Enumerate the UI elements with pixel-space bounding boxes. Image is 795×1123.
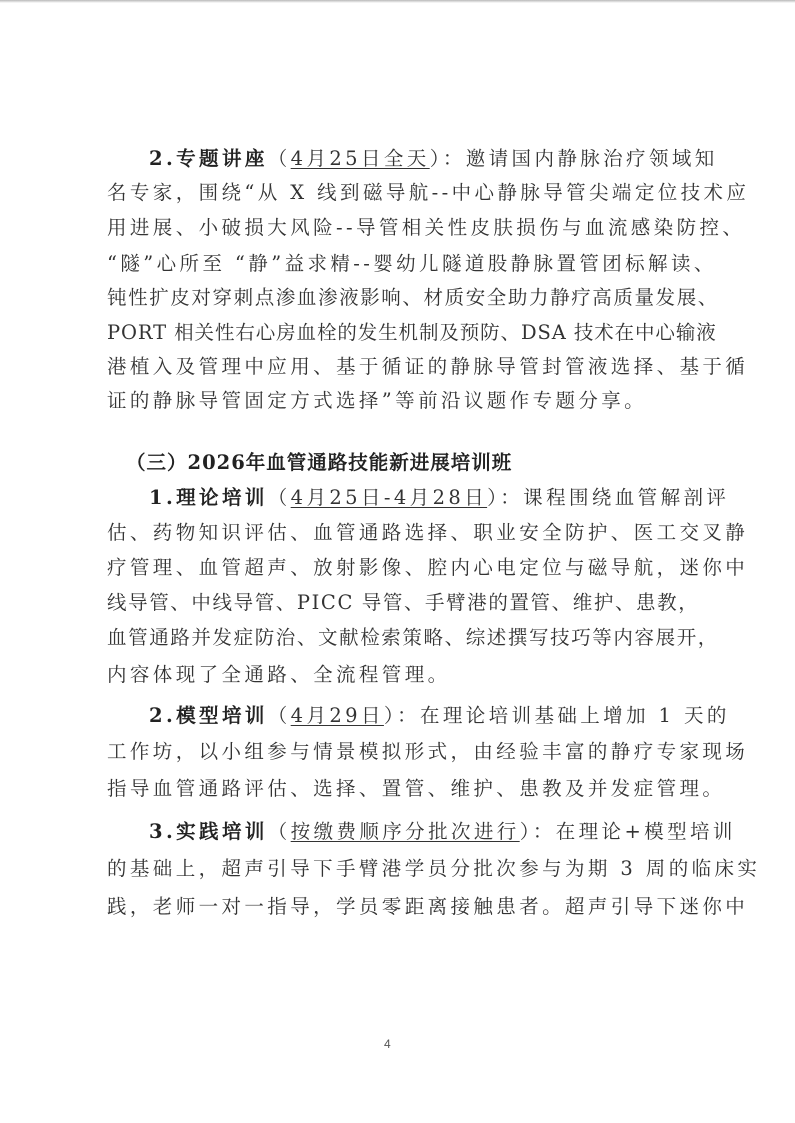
theory-line-2: 估、药物知识评估、血管通路选择、职业安全防护、医工交叉静: [107, 520, 699, 546]
theory-line-5: 血管通路并发症防治、文献检索策略、综述撰写技巧等内容展开，: [107, 625, 699, 651]
theory-line-6: 内容体现了全通路、全流程管理。: [107, 662, 699, 688]
practice-line1-rest: ：在理论+模型培训: [533, 820, 736, 843]
lecture-line-5: 钝性扩皮对穿刺点渗血渗液影响、材质安全助力静疗高质量发展、: [107, 285, 699, 311]
lecture-line-4: “隧”心所至 “静”益求精--婴幼儿隧道股静脉置管团标解读、: [107, 251, 699, 277]
lecture-label: 2.专题讲座: [149, 147, 268, 170]
practice-line-2: 的基础上，超声引导下手臂港学员分批次参与为期 3 周的临床实: [107, 856, 699, 882]
model-line1-rest: ：在理论培训基础上增加 1 天的: [397, 704, 730, 727]
theory-label: 1.理论培训: [149, 486, 268, 509]
model-line-3: 指导血管通路评估、选择、置管、维护、患教及并发症管理。: [107, 776, 699, 802]
scan-top-edge: [0, 0, 795, 3]
practice-line-3: 践，老师一对一指导，学员零距离接触患者。超声引导下迷你中: [107, 894, 699, 920]
practice-date: 按缴费顺序分批次进行: [291, 820, 520, 843]
theory-date: 4月25日-4月28日: [291, 486, 487, 509]
theory-line1-rest: ：课程围绕血管解剖评: [500, 486, 729, 509]
model-label: 2.模型培训: [149, 704, 268, 727]
lecture-line-6: PORT 相关性右心房血栓的发生机制及预防、DSA 技术在中心输液: [107, 320, 699, 346]
page-number: 4: [384, 1037, 391, 1051]
lecture-line-7: 港植入及管理中应用、基于循证的静脉导管封管液选择、基于循: [107, 354, 699, 380]
theory-line-1: 1.理论培训（4月25日-4月28日）：课程围绕血管解剖评: [149, 485, 699, 511]
model-line-2: 工作坊，以小组参与情景模拟形式，由经验丰富的静疗专家现场: [107, 739, 699, 765]
model-line-1: 2.模型培训（4月29日）：在理论培训基础上增加 1 天的: [149, 703, 699, 729]
paren-close: ）: [430, 147, 443, 170]
paren-open: （: [268, 147, 291, 170]
lecture-line-3: 用进展、小破损大风险--导管相关性皮肤损伤与血流感染防控、: [107, 215, 699, 241]
section-3-heading: （三）2026年血管通路技能新进展培训班: [126, 450, 718, 476]
paren-open: （: [268, 486, 291, 509]
lecture-line-2: 名专家，围绕“从 X 线到磁导航--中心静脉导管尖端定位技术应: [107, 180, 699, 206]
theory-line-4: 线导管、中线导管、PICC 导管、手臂港的置管、维护、患教，: [107, 590, 699, 616]
lecture-line1-rest: ：邀请国内静脉治疗领域知: [443, 147, 718, 170]
theory-line-3: 疗管理、血管超声、放射影像、腔内心电定位与磁导航，迷你中: [107, 555, 699, 581]
practice-label: 3.实践培训: [149, 820, 268, 843]
paren-open: （: [268, 820, 291, 843]
paren-close: ）: [520, 820, 533, 843]
model-date: 4月29日: [291, 704, 384, 727]
lecture-date: 4月25日全天: [291, 147, 430, 170]
practice-line-1: 3.实践培训（按缴费顺序分批次进行）：在理论+模型培训: [149, 819, 699, 845]
paren-close: ）: [384, 704, 397, 727]
lecture-line-1: 2.专题讲座（4月25日全天）：邀请国内静脉治疗领域知: [149, 146, 699, 172]
paren-open: （: [268, 704, 291, 727]
lecture-line-8: 证的静脉导管固定方式选择”等前沿议题作专题分享。: [107, 388, 699, 414]
paren-close: ）: [487, 486, 500, 509]
